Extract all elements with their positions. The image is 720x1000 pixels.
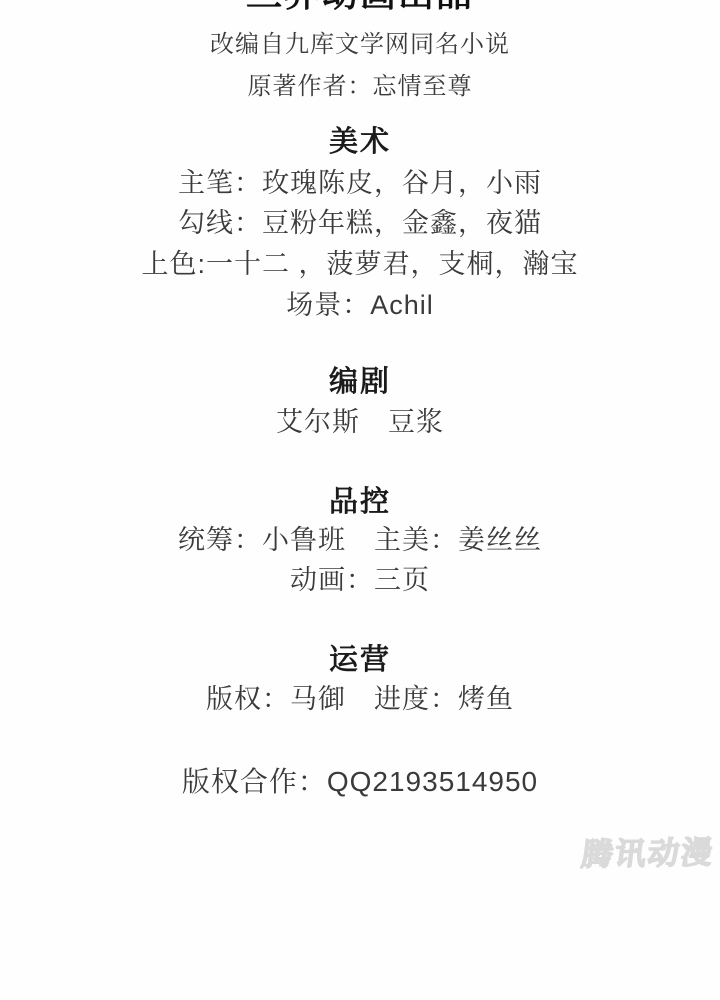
tencent-comics-watermark-logo: 腾讯动漫	[580, 837, 716, 870]
adaptation-source-line: 改编自九库文学网同名小说	[0, 33, 720, 57]
qc-animation-line: 动画：三页	[0, 567, 720, 594]
production-credit-clipped: 三界动画出品	[0, 0, 720, 12]
qc-coordination-line: 统筹：小鲁班 主美：姜丝丝	[0, 527, 720, 554]
art-coloring-line: 上色:一十二 ，菠萝君，支桐，瀚宝	[0, 251, 720, 278]
original-author-line: 原著作者：忘情至尊	[0, 75, 720, 99]
art-lead-artist-line: 主笔：玫瑰陈皮，谷月，小雨	[0, 170, 720, 197]
ops-copyright-progress-line: 版权：马御 进度：烤鱼	[0, 686, 720, 713]
section-heading-quality-control: 品控	[0, 488, 720, 517]
screenwriters-line: 艾尔斯 豆浆	[0, 409, 720, 436]
section-heading-screenwriting: 编剧	[0, 368, 720, 397]
art-scenery-line: 场景：Achil	[0, 292, 720, 319]
art-lineart-line: 勾线：豆粉年糕，金鑫，夜猫	[0, 210, 720, 237]
copyright-contact-line: 版权合作：QQ2193514950	[0, 768, 720, 796]
section-heading-operations: 运营	[0, 646, 720, 675]
section-heading-art: 美术	[0, 128, 720, 157]
comic-credits-page: 三界动画出品 改编自九库文学网同名小说 原著作者：忘情至尊 美术 主笔：玫瑰陈皮…	[0, 0, 720, 1000]
